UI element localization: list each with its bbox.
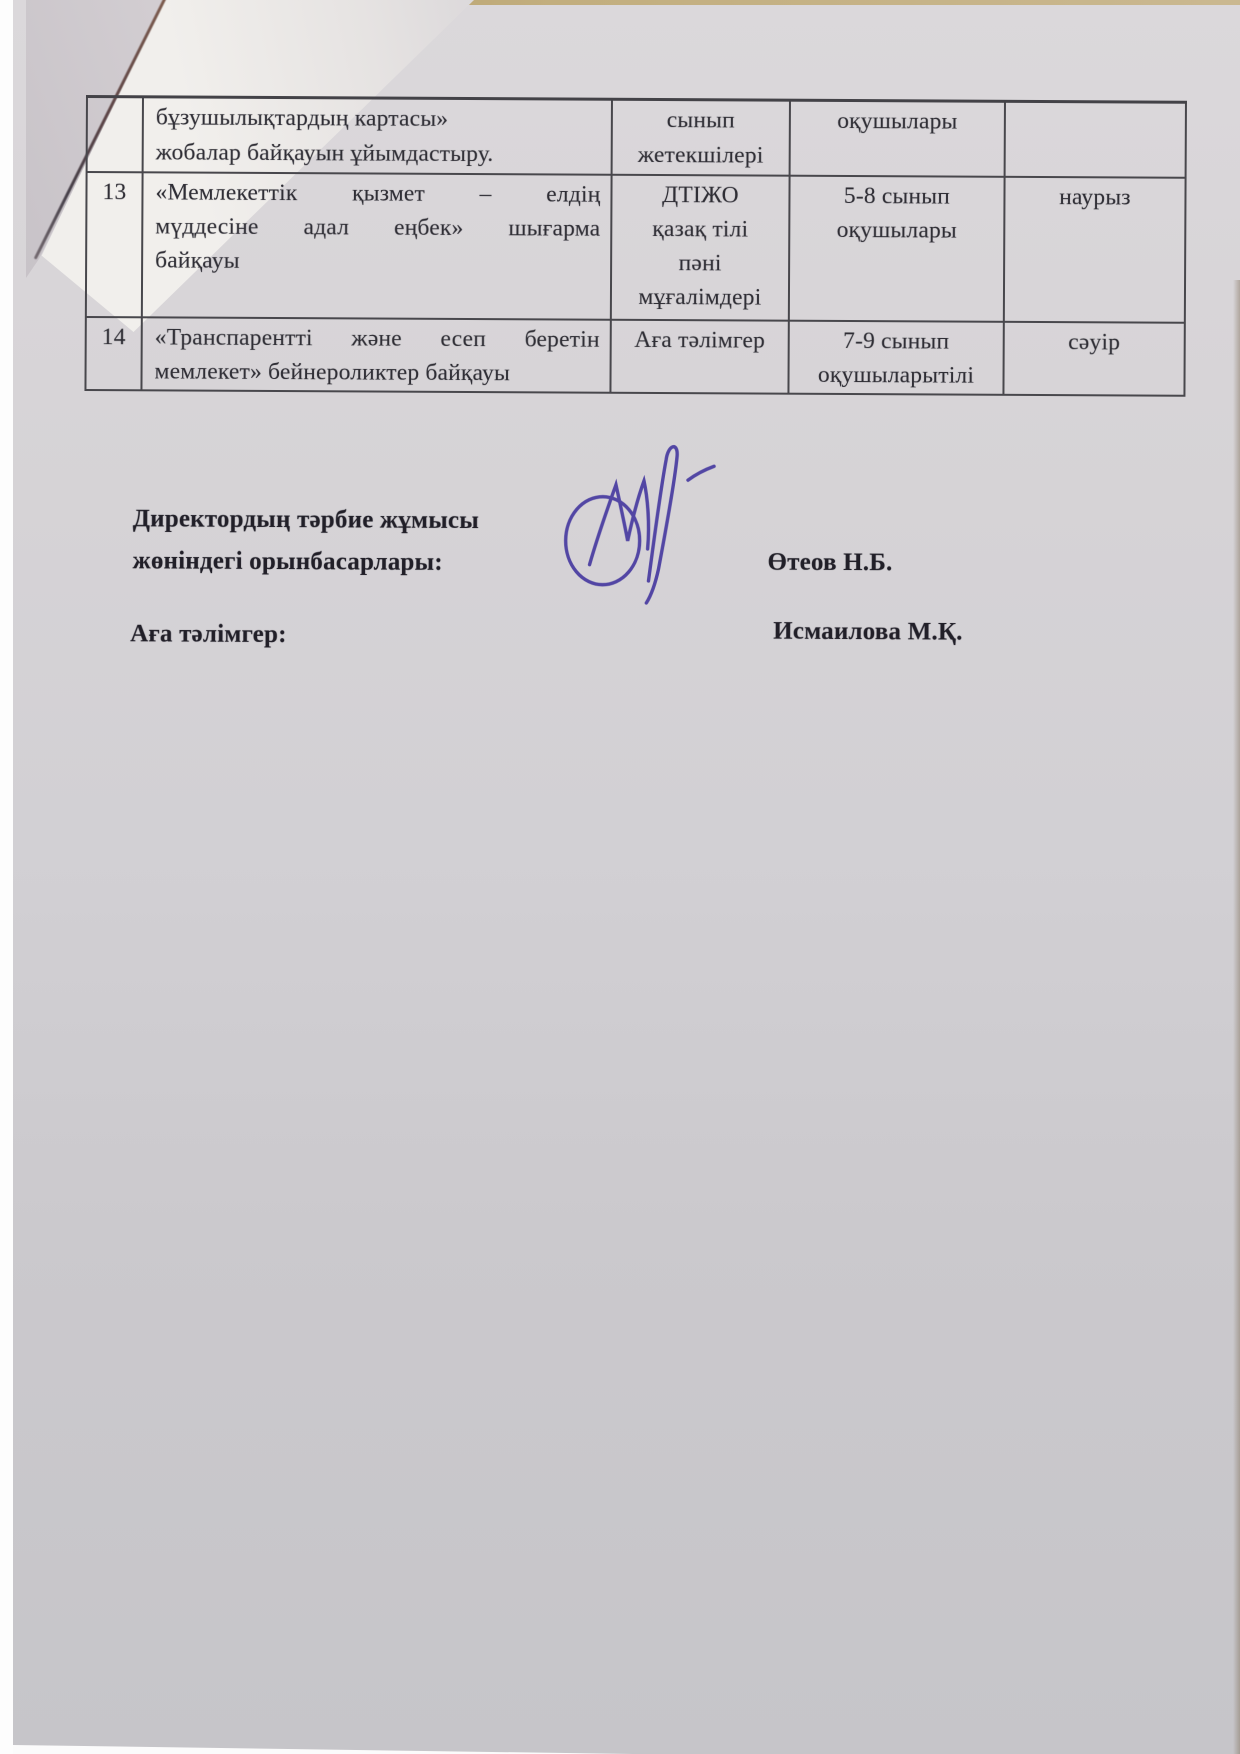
cell-term: сәуір — [1003, 322, 1184, 396]
table-row: 14 «Транспарентті және есеп беретінмемле… — [85, 317, 1184, 396]
cell-participants: 7-9 сыныпоқушыларытілі — [788, 321, 1003, 395]
signatory-role-label: Аға тәлімгер: — [130, 620, 287, 649]
cell-number: 13 — [86, 172, 143, 317]
scanned-document-page: бұзушылықтардың картасы»жобалар байқауын… — [0, 0, 1240, 1754]
table-row: 13 «Мемлекеттік қызмет – елдіңмүддесіне … — [86, 172, 1186, 323]
cell-term — [1005, 101, 1186, 177]
handwritten-signature — [558, 432, 741, 615]
cell-activity: «Транспарентті және есеп беретінмемлекет… — [141, 317, 610, 392]
signatory-role-label: Директордың тәрбие жұмысыжөніндегі орынб… — [132, 498, 522, 584]
cell-responsible: сыныпжетекшілері — [612, 99, 790, 175]
signatory-name: Өтеов Н.Б. — [767, 549, 892, 578]
plan-table: бұзушылықтардың картасы»жобалар байқауын… — [84, 95, 1187, 397]
document-content: бұзушылықтардың картасы»жобалар байқауын… — [4, 0, 1240, 1754]
cell-participants: оқушылары — [790, 100, 1005, 177]
table-row: бұзушылықтардың картасы»жобалар байқауын… — [87, 97, 1186, 178]
signatory-name: Исмаилова М.Қ. — [773, 618, 963, 647]
cell-activity: «Мемлекеттік қызмет – елдіңмүддесіне ада… — [142, 172, 612, 319]
photo-paper-background: бұзушылықтардың картасы»жобалар байқауын… — [13, 0, 1240, 1754]
cell-number — [87, 97, 143, 173]
cell-term: наурыз — [1004, 177, 1186, 323]
cell-number: 14 — [85, 317, 141, 390]
cell-activity: бұзушылықтардың картасы»жобалар байқауын… — [143, 97, 612, 175]
cell-responsible: Аға тәлімгер — [610, 320, 788, 394]
cell-responsible: ДТІЖОқазақ тіліпәнімұғалімдері — [611, 175, 790, 321]
cell-participants: 5-8 сыныпоқушылары — [789, 176, 1005, 322]
